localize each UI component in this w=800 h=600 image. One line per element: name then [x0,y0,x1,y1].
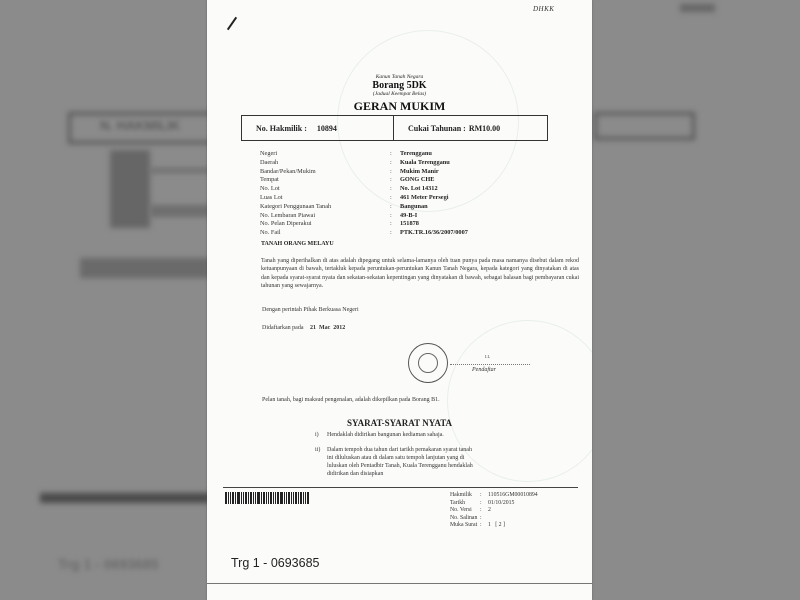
cukai-cell: Cukai Tahunan : RM10.00 [394,116,500,140]
condition-text: Hendaklah didirikan bangunan kediaman sa… [327,431,444,439]
meta-row: Hakmilik:110516GM00010894 [450,492,538,500]
registrar-label: Pendaftar [472,367,496,373]
meta-row: No. Salinan: [450,515,538,523]
blurred-block [110,150,150,228]
meta-value: 01/10/2015 [488,500,514,508]
meta-row: No. Versi:2 [450,507,538,515]
blurred-line [150,205,210,217]
signature-line [450,364,530,365]
meta-value: 1 [ 2 ] [488,522,505,530]
field-label: No. Pelan Diperakui [260,220,390,229]
field-value: 151878 [400,220,419,229]
field-value: 461 Meter Persegi [400,194,448,203]
field-label: No. Lot [260,185,390,194]
field-label: Bandar/Pekan/Mukim [260,168,390,177]
field-value: Mukim Manir [400,168,439,177]
field-label: No. Fail [260,229,390,238]
land-status: TANAH ORANG MELAYU [261,241,334,247]
official-seal [408,343,448,383]
field-label: Tempat [260,176,390,185]
field-row: No. Lot:No. Lot 14312 [260,185,468,194]
order-line: Dengan perintah Pihak Berkuasa Negeri [262,307,359,313]
land-title-document: DHKK Kanun Tanah Negara Borang 5DK (Jadu… [207,0,592,600]
field-label: Kategori Penggunaan Tanah [260,203,390,212]
field-row: Tempat:GONG CHE [260,176,468,185]
field-label: No. Lembaran Piawai [260,212,390,221]
hakmilik-cell: No. Hakmilik : 10894 [242,116,394,140]
pen-mark [227,17,237,30]
field-row: Daerah:Kuala Terengganu [260,159,468,168]
meta-label: No. Salinan [450,515,480,523]
plan-note: Pelan tanah, bagi maksud pengenalan, ada… [262,397,440,403]
meta-label: Muka Surat [450,522,480,530]
conditions-title: SYARAT-SYARAT NYATA [207,418,592,428]
form-name: Borang 5DK [207,80,592,91]
blurred-footer: Trg 1 - 0693685 [58,556,158,572]
field-value: Terengganu [400,150,432,159]
document-title: GERAN MUKIM [207,99,592,114]
signature-mark: t.t. [485,355,490,360]
condition-text: Dalam tempoh dua tahun dari tarikh pemak… [327,446,475,478]
field-value: No. Lot 14312 [400,185,438,194]
field-label: Daerah [260,159,390,168]
registration-line: Didaftarkan pada 21 Mac 2012 [262,325,345,331]
barcode [225,492,320,504]
blurred-code [680,4,715,12]
registered-date: 21 Mac 2012 [310,325,345,331]
meta-label: Hakmilik [450,492,480,500]
field-value: GONG CHE [400,176,434,185]
document-metadata: Hakmilik:110516GM00010894 Tarikh:01/10/2… [450,492,538,530]
field-row: No. Pelan Diperakui:151878 [260,220,468,229]
field-value: Bangunan [400,203,428,212]
hakmilik-label: No. Hakmilik : [256,124,307,133]
field-value: 49-B-I [400,212,417,221]
condition-number: i) [315,431,327,439]
meta-label: No. Versi [450,507,480,515]
condition-item: ii) Dalam tempoh dua tahun dari tarikh p… [315,446,475,478]
condition-number: ii) [315,446,327,478]
field-label: Luas Lot [260,194,390,203]
bottom-rule [207,583,592,584]
reference-number: Trg 1 - 0693685 [231,556,319,570]
meta-label: Tarikh [450,500,480,508]
cukai-label: Cukai Tahunan : [408,124,466,133]
schedule-name: (Jadual Keempat Belas) [207,91,592,97]
field-row: Negeri:Terengganu [260,150,468,159]
meta-row: Tarikh:01/10/2015 [450,500,538,508]
blurred-paragraph [80,258,210,278]
field-value: PTK.TR.16/36/2007/0007 [400,229,468,238]
blurred-line [150,168,210,173]
cukai-value: RM10.00 [469,124,500,133]
condition-item: i) Hendaklah didirikan bangunan kediaman… [315,431,444,439]
footer-divider [223,487,578,488]
field-label: Negeri [260,150,390,159]
meta-value: 2 [488,507,491,515]
hakmilik-value: 10894 [317,124,337,133]
corner-code: DHKK [533,5,554,13]
field-row: Kategori Penggunaan Tanah:Bangunan [260,203,468,212]
tenure-paragraph: Tanah yang diperihalkan di atas adalah d… [261,257,579,291]
meta-value: 110516GM00010894 [488,492,538,500]
registered-label: Didaftarkan pada [262,325,303,331]
field-row: No. Lembaran Piawai:49-B-I [260,212,468,221]
blurred-box-right [594,112,695,140]
blurred-heading: N. HAKMILIK [100,118,180,133]
field-row: Bandar/Pekan/Mukim:Mukim Manir [260,168,468,177]
land-details: Negeri:Terengganu Daerah:Kuala Terenggan… [260,150,468,238]
meta-row: Muka Surat:1 [ 2 ] [450,522,538,530]
title-summary-box: No. Hakmilik : 10894 Cukai Tahunan : RM1… [241,115,548,141]
blurred-barcode [40,493,210,503]
field-row: Luas Lot:461 Meter Persegi [260,194,468,203]
field-value: Kuala Terengganu [400,159,450,168]
field-row: No. Fail:PTK.TR.16/36/2007/0007 [260,229,468,238]
